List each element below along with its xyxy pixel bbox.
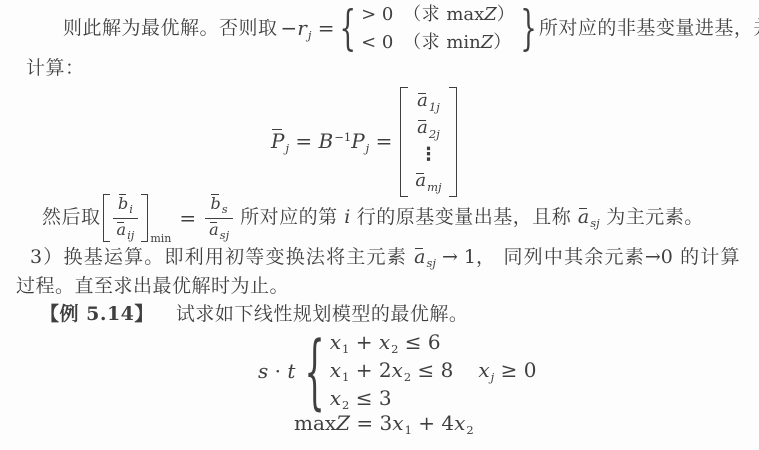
constraints-brace-icon: { xyxy=(304,330,324,412)
constraint-1: x1 + x2 ≤ 6 xyxy=(330,330,441,357)
paragraph-optimality-line1: 则此解为最优解。否则取 −rj = { > 0 （求 maxZ） < 0 （求 … xyxy=(63,3,759,55)
note-minz: （求 minZ） xyxy=(403,32,512,55)
objective-expression: maxZ = 3x1 + 4x2 xyxy=(294,411,474,438)
text-optimality-lead: 则此解为最优解。否则取 xyxy=(63,17,278,41)
text-entering-variable: 所对应的非基变量进基，并 xyxy=(539,17,759,41)
objective-function: maxZ = 3x1 + 4x2 xyxy=(291,410,477,438)
ratio-denominator: aij xyxy=(113,218,139,243)
pivot-ratio-numerator: bs xyxy=(207,194,232,218)
paragraph-pivot-line1: 3）换基运算。即利用初等变换法将主元素 asj → 1， 同列中其余元素→0 的… xyxy=(30,245,741,271)
text-then-take: 然后取 xyxy=(42,206,101,230)
left-square-bracket-icon xyxy=(103,194,110,243)
vector-right-bracket-icon xyxy=(449,87,457,197)
text-pivot-operation: 3）换基运算。即利用初等变换法将主元素 asj → 1， 同列中其余元素→0 的… xyxy=(30,246,741,271)
text-compute: 计算： xyxy=(26,57,85,81)
textbook-page: 则此解为最优解。否则取 −rj = { > 0 （求 maxZ） < 0 （求 … xyxy=(0,0,759,450)
pivot-ratio-denominator: asj xyxy=(205,218,233,243)
ratio-fraction: bi aij xyxy=(113,194,139,243)
left-brace-icon: { xyxy=(340,5,357,53)
paragraph-optimality-line2: 计算： xyxy=(26,57,85,81)
right-brace-icon: } xyxy=(520,5,537,53)
text-leaving-variable: 所对应的第 i 行的原基变量出基，且称 asj 为主元素。 xyxy=(240,206,704,231)
math-neg-rj: −rj = xyxy=(281,16,335,43)
ratio-numerator: bi xyxy=(114,194,137,218)
column-vector: a1j a2j ⋮ amj xyxy=(400,87,456,197)
matrix-equation-lhs: Pj = B−1Pj = xyxy=(271,129,392,156)
cases-rows: > 0 （求 maxZ） < 0 （求 minZ） xyxy=(361,4,515,54)
min-subscript: min xyxy=(150,232,171,246)
condition-negative: < 0 xyxy=(361,32,403,55)
lp-model: s · t { x1 + x2 ≤ 6 x1 + 2x2 ≤ 8 xj ≥ 0 … xyxy=(255,328,539,414)
vector-rows: a1j a2j ⋮ amj xyxy=(408,87,448,197)
cases-expression: { > 0 （求 maxZ） < 0 （求 minZ） } xyxy=(340,4,537,54)
cases-row-max: > 0 （求 maxZ） xyxy=(361,4,515,27)
constraint-row-3: x2 ≤ 3 xyxy=(327,385,540,413)
vector-entry-2: a2j xyxy=(415,117,441,141)
cases-row-min: < 0 （求 minZ） xyxy=(361,32,515,55)
equals-sign: = xyxy=(179,206,196,231)
vector-left-bracket-icon xyxy=(400,87,408,197)
pivot-ratio-fraction: bs asj xyxy=(205,194,233,243)
matrix-equation: Pj = B−1Pj = a1j a2j ⋮ amj xyxy=(268,86,457,198)
constraint-row-2: x1 + 2x2 ≤ 8 xj ≥ 0 xyxy=(327,357,540,385)
example-heading: 【例 5.14】 试求如下线性规划模型的最优解。 xyxy=(40,302,468,328)
vector-entry-1: a1j xyxy=(415,90,441,114)
constraint-rows: x1 + x2 ≤ 6 x1 + 2x2 ≤ 8 xj ≥ 0 x2 ≤ 3 xyxy=(327,329,540,413)
right-square-bracket-icon xyxy=(141,194,148,243)
note-maxz: （求 maxZ） xyxy=(403,4,515,27)
vector-entry-m: amj xyxy=(415,170,441,194)
example-tag: 【例 5.14】 xyxy=(40,303,154,327)
paragraph-pivot-line2: 过程。直至求出最优解时为止。 xyxy=(16,274,289,300)
constraint-2: x1 + 2x2 ≤ 8 xyxy=(330,358,454,385)
constraint-row-1: x1 + x2 ≤ 6 xyxy=(327,329,540,357)
bracketed-min-ratio: bi aij min xyxy=(103,194,172,243)
ratio-rule-line: 然后取 bi aij min = bs asj 所对应的第 i 行的原基变量出基… xyxy=(42,193,704,243)
text-until-optimal: 过程。直至求出最优解时为止。 xyxy=(16,275,289,299)
subject-to-label: s · t xyxy=(258,359,295,384)
condition-positive: > 0 xyxy=(361,4,403,27)
vector-vertical-dots-icon: ⋮ xyxy=(415,144,441,167)
constraint-3: x2 ≤ 3 xyxy=(330,386,392,413)
nonnegativity-condition: xj ≥ 0 xyxy=(478,358,536,385)
